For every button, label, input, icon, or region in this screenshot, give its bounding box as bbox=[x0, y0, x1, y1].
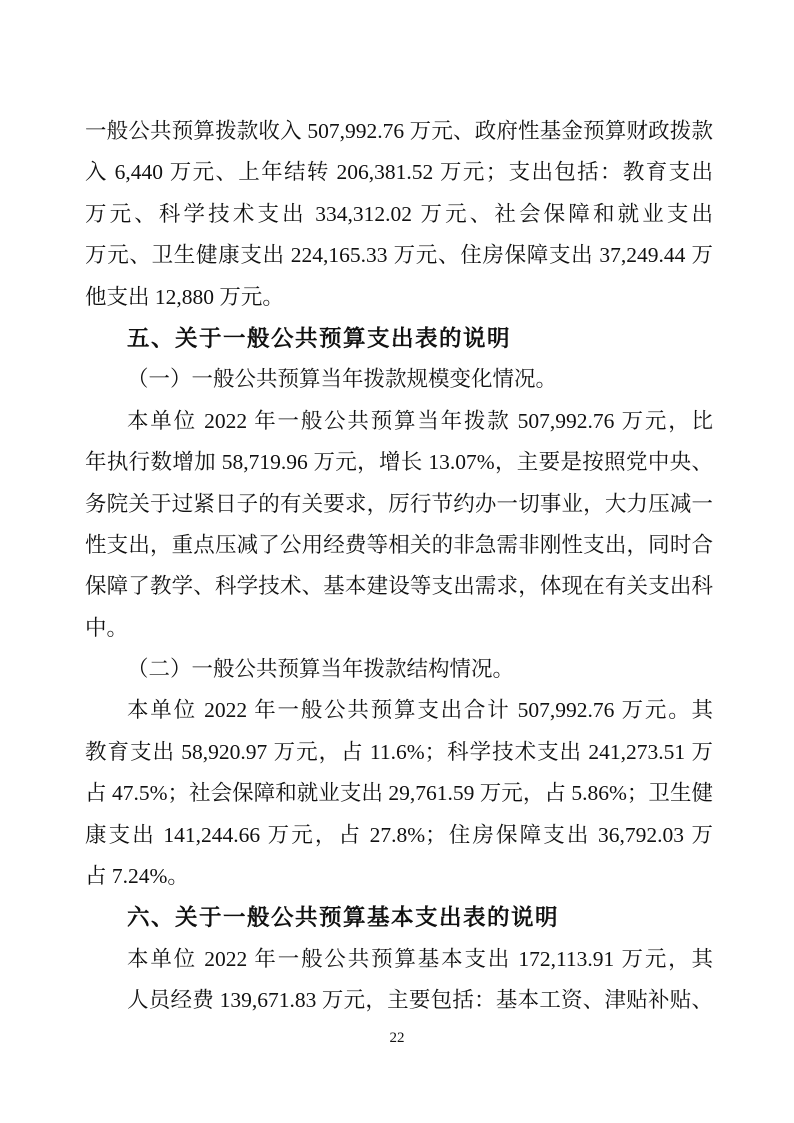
paragraph-line: 他支出 12,880 万元。 bbox=[85, 277, 713, 318]
page-number: 22 bbox=[0, 1030, 794, 1047]
paragraph-line: 本单位 2022 年一般公共预算支出合计 507,992.76 万元。其中： bbox=[85, 690, 713, 731]
paragraph-line: 年执行数增加 58,719.96 万元，增长 13.07%，主要是按照党中央、国 bbox=[85, 442, 713, 483]
paragraph-line: 教育支出 58,920.97 万元，占 11.6%；科学技术支出 241,273… bbox=[85, 732, 713, 773]
subsection-heading: （一）一般公共预算当年拨款规模变化情况。 bbox=[85, 359, 713, 400]
document-page: 一般公共预算拨款收入 507,992.76 万元、政府性基金预算财政拨款收入 6… bbox=[0, 0, 794, 1123]
section-heading: 六、关于一般公共预算基本支出表的说明 bbox=[85, 897, 713, 938]
paragraph-line: 保障了教学、科学技术、基本建设等支出需求，体现在有关支出科目 bbox=[85, 566, 713, 607]
paragraph-line: 康支出 141,244.66 万元，占 27.8%；住房保障支出 36,792.… bbox=[85, 815, 713, 856]
paragraph-line: 占 7.24%。 bbox=[85, 856, 713, 897]
section-heading: 五、关于一般公共预算支出表的说明 bbox=[85, 318, 713, 359]
paragraph-line: 中。 bbox=[85, 608, 713, 649]
paragraph-line: 占 47.5%；社会保障和就业支出 29,761.59 万元，占 5.86%；卫… bbox=[85, 773, 713, 814]
paragraph-line: 性支出，重点压减了公用经费等相关的非急需非刚性支出，同时合理 bbox=[85, 525, 713, 566]
paragraph-line: 一般公共预算拨款收入 507,992.76 万元、政府性基金预算财政拨款收 bbox=[85, 111, 713, 152]
paragraph-line: 人员经费 139,671.83 万元，主要包括：基本工资、津贴补贴、奖 bbox=[85, 980, 713, 1021]
subsection-heading: （二）一般公共预算当年拨款结构情况。 bbox=[85, 649, 713, 690]
document-lines: 一般公共预算拨款收入 507,992.76 万元、政府性基金预算财政拨款收入 6… bbox=[85, 111, 713, 1022]
paragraph-line: 本单位 2022 年一般公共预算基本支出 172,113.91 万元，其中： bbox=[85, 939, 713, 980]
paragraph-line: 本单位 2022 年一般公共预算当年拨款 507,992.76 万元，比 202… bbox=[85, 401, 713, 442]
paragraph-line: 万元、科学技术支出 334,312.02 万元、社会保障和就业支出 43,543… bbox=[85, 194, 713, 235]
paragraph-line: 入 6,440 万元、上年结转 206,381.52 万元；支出包括：教育支出 … bbox=[85, 152, 713, 193]
paragraph-line: 万元、卫生健康支出 224,165.33 万元、住房保障支出 37,249.44… bbox=[85, 235, 713, 276]
paragraph-line: 务院关于过紧日子的有关要求，厉行节约办一切事业，大力压减一般 bbox=[85, 484, 713, 525]
